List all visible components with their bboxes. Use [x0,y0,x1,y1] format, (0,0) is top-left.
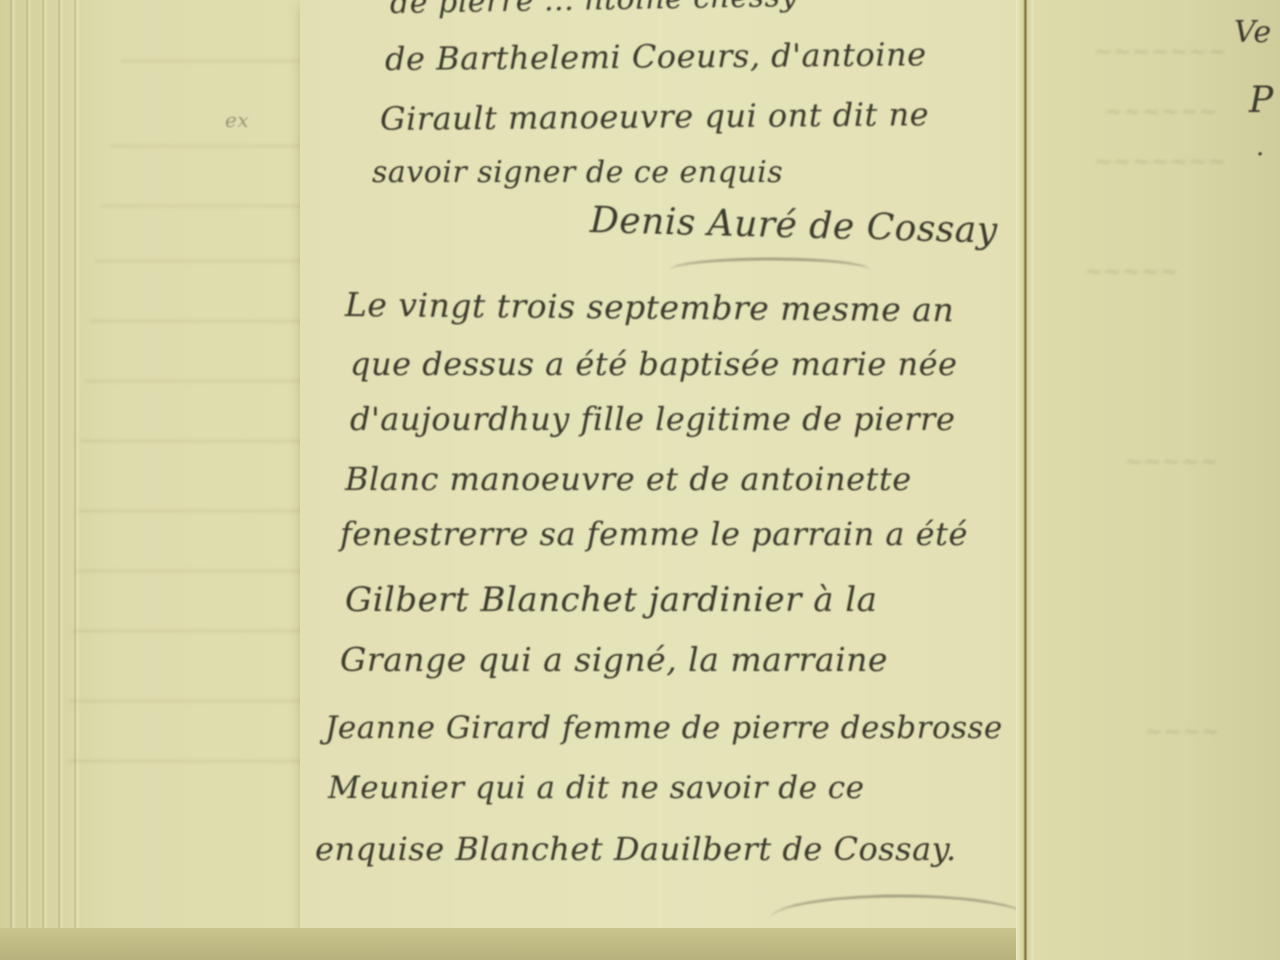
text-line-9: Blanc manoeuvre et de antoinette [345,460,912,498]
left-page-edges [0,0,90,960]
bleed-through-text: ~~~~~ [1084,260,1179,285]
bleed-through-line [85,380,315,382]
register-photograph: de pierre ... ntoine chessy de Barthelem… [0,0,1280,960]
bleed-through-text: ~~~~~~~ [1094,40,1227,65]
bleed-through-line [90,320,315,322]
text-line-7: que dessus a été baptisée marie née [350,345,957,383]
bleed-through-line [75,570,315,572]
bleed-through-text: ~~~~~~~ [1094,150,1227,175]
text-line-4: savoir signer de ce enquis [372,155,783,190]
bleed-through-text: ~~~~ [1144,720,1220,745]
text-line-14: Meunier qui a dit ne savoir de ce [328,770,865,806]
bleed-through-line [68,760,318,762]
bleed-through-line [78,510,318,512]
text-line-2: de Barthelemi Coeurs, d'antoine [385,35,927,78]
left-page [0,0,330,960]
right-page: ~~~~~~~ ~~~~~~ ~~~~~~~ ~~~~~ ~~~~~ ~~~~ … [1034,0,1280,960]
text-line-12: Grange qui a signé, la marraine [340,640,888,679]
bleed-through-line [110,145,310,147]
margin-mark: ex [225,108,249,132]
right-page-fragment: · [1256,140,1265,170]
right-page-fragment: P [1249,80,1274,121]
text-line-8: d'aujourdhuy fille legitime de pierre [350,400,955,438]
bleed-through-line [95,260,315,262]
text-line-10: fenestrerre sa femme le parrain a été [340,515,968,553]
text-line-15-signatures: enquise Blanchet Dauilbert de Cossay. [315,830,957,868]
bleed-through-line [70,700,315,702]
text-line-11: Gilbert Blanchet jardinier à la [345,580,877,620]
text-line-13: Jeanne Girard femme de pierre desbrosse [325,710,1003,746]
text-line-6: Le vingt trois septembre mesme an [345,285,955,329]
bleed-through-line [100,205,310,207]
bleed-through-line [120,60,300,62]
page-bottom-edge [0,928,1020,960]
bleed-through-text: ~~~~~~ [1104,100,1218,125]
bleed-through-text: ~~~~~ [1124,450,1219,475]
right-page-fragment: Ve [1234,15,1272,50]
bleed-through-line [72,630,317,632]
text-line-3: Girault manoeuvre qui ont dit ne [380,95,929,138]
bleed-through-line [80,440,315,442]
book-gutter [1016,0,1034,960]
